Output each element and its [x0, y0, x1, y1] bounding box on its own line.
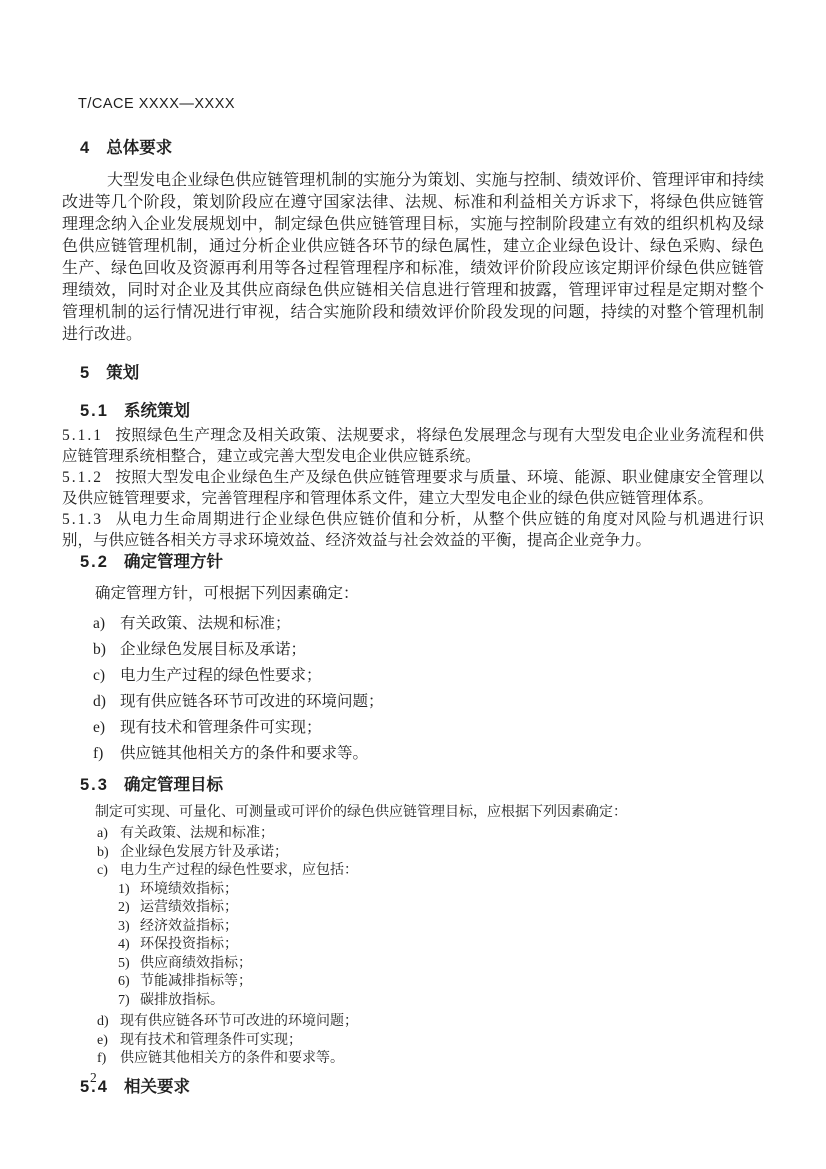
section-title: 相关要求	[124, 1077, 190, 1098]
clause-number: 5.1.3	[62, 511, 103, 528]
list-item-label: e)	[93, 719, 120, 736]
sublist-item-text: 运营绩效指标；	[140, 899, 238, 918]
sublist-item-text: 碳排放指标。	[140, 992, 224, 1011]
list-item: e) 现有技术和管理条件可实现；	[62, 719, 764, 736]
list-item: d) 现有供应链各环节可改进的环境问题；	[62, 1013, 764, 1032]
list-item-text: 企业绿色发展方针及承诺；	[120, 844, 288, 863]
clause-5-1-2: 5.1.2按照大型发电企业绿色生产及绿色供应链管理要求与质量、环境、能源、职业健…	[62, 467, 764, 509]
section-number: 5	[80, 363, 91, 384]
list-item: d) 现有供应链各环节可改进的环境问题；	[62, 693, 764, 710]
section-5-3-intro: 制定可实现、可量化、可测量或可评价的绿色供应链管理目标，应根据下列因素确定：	[62, 803, 764, 822]
section-4-paragraph: 大型发电企业绿色供应链管理机制的实施分为策划、实施与控制、绩效评价、管理评审和持…	[62, 170, 764, 346]
list-item: a) 有关政策、法规和标准；	[62, 825, 764, 844]
sublist-item: 7) 碳排放指标。	[62, 992, 764, 1011]
clause-number: 5.1.2	[62, 469, 103, 486]
list-item: f) 供应链其他相关方的条件和要求等。	[62, 1050, 764, 1069]
sublist-item-text: 节能减排指标等；	[140, 973, 252, 992]
list-item: f) 供应链其他相关方的条件和要求等。	[62, 745, 764, 762]
list-item-label: b)	[93, 641, 120, 658]
sublist-item-text: 经济效益指标；	[140, 918, 238, 937]
list-item-text: 现有技术和管理条件可实现；	[120, 719, 322, 736]
sublist-item: 6) 节能减排指标等；	[62, 973, 764, 992]
list-item-text: 有关政策、法规和标准；	[120, 615, 291, 632]
list-item-text: 现有供应链各环节可改进的环境问题；	[120, 693, 384, 710]
list-item: b) 企业绿色发展目标及承诺；	[62, 641, 764, 658]
section-heading-5-4: 5.4 相关要求	[80, 1077, 764, 1098]
list-item-label: a)	[97, 825, 120, 844]
list-item-label: a)	[93, 615, 120, 632]
page-content: T/CACE XXXX—XXXX 4 总体要求 大型发电企业绿色供应链管理机制的…	[62, 0, 764, 1098]
section-title: 系统策划	[124, 401, 190, 422]
list-item: c) 电力生产过程的绿色性要求，应包括：	[62, 862, 764, 881]
section-number: 5.1	[80, 401, 109, 422]
list-item-label: d)	[97, 1013, 120, 1032]
clause-5-1-3: 5.1.3从电力生命周期进行企业绿色供应链价值和分析，从整个供应链的角度对风险与…	[62, 509, 764, 551]
list-item-label: c)	[93, 667, 120, 684]
list-item-text: 供应链其他相关方的条件和要求等。	[120, 1050, 344, 1069]
list-item-text: 电力生产过程的绿色性要求；	[120, 667, 322, 684]
sublist-item-text: 环保投资指标；	[140, 936, 238, 955]
list-item-text: 企业绿色发展目标及承诺；	[120, 641, 306, 658]
sublist-item-label: 1)	[118, 881, 140, 900]
doc-code-header: T/CACE XXXX—XXXX	[78, 95, 764, 113]
sublist-item: 5) 供应商绩效指标；	[62, 955, 764, 974]
list-item: e) 现有技术和管理条件可实现；	[62, 1032, 764, 1051]
list-item-label: f)	[93, 745, 120, 762]
section-title: 确定管理目标	[124, 775, 223, 796]
sublist-item-label: 3)	[118, 918, 140, 937]
sublist-item-label: 7)	[118, 992, 140, 1011]
list-item-text: 现有供应链各环节可改进的环境问题；	[120, 1013, 358, 1032]
list-item-text: 有关政策、法规和标准；	[120, 825, 274, 844]
clause-text: 从电力生命周期进行企业绿色供应链价值和分析，从整个供应链的角度对风险与机遇进行识…	[62, 511, 764, 549]
sublist-item-text: 供应商绩效指标；	[140, 955, 252, 974]
clause-number: 5.1.1	[62, 427, 103, 444]
list-item-label: c)	[97, 862, 120, 881]
section-number: 4	[80, 138, 91, 159]
page-number: 2	[90, 1070, 97, 1086]
section-title: 策划	[106, 363, 139, 384]
document-page: T/CACE XXXX—XXXX 4 总体要求 大型发电企业绿色供应链管理机制的…	[0, 0, 826, 1169]
section-heading-4: 4 总体要求	[80, 138, 764, 159]
section-title: 总体要求	[106, 138, 172, 159]
clauses-5-1: 5.1.1按照绿色生产理念及相关政策、法规要求，将绿色发展理念与现有大型发电企业…	[62, 425, 764, 551]
list-item: b) 企业绿色发展方针及承诺；	[62, 844, 764, 863]
list-5-2: a) 有关政策、法规和标准； b) 企业绿色发展目标及承诺； c) 电力生产过程…	[62, 615, 764, 762]
sublist-item-label: 4)	[118, 936, 140, 955]
section-number: 5.2	[80, 552, 109, 573]
sublist-item-label: 2)	[118, 899, 140, 918]
section-heading-5: 5 策划	[80, 363, 764, 384]
clause-text: 按照绿色生产理念及相关政策、法规要求，将绿色发展理念与现有大型发电企业业务流程和…	[62, 427, 764, 465]
sublist-item: 1) 环境绩效指标；	[62, 881, 764, 900]
list-item-text: 电力生产过程的绿色性要求，应包括：	[120, 862, 358, 881]
sublist-item: 4) 环保投资指标；	[62, 936, 764, 955]
section-number: 5.3	[80, 775, 109, 796]
sublist-item: 3) 经济效益指标；	[62, 918, 764, 937]
section-heading-5-1: 5.1 系统策划	[80, 401, 764, 422]
section-title: 确定管理方针	[124, 552, 223, 573]
clause-5-1-1: 5.1.1按照绿色生产理念及相关政策、法规要求，将绿色发展理念与现有大型发电企业…	[62, 425, 764, 467]
list-item-text: 供应链其他相关方的条件和要求等。	[120, 745, 368, 762]
list-item-label: b)	[97, 844, 120, 863]
clause-text: 按照大型发电企业绿色生产及绿色供应链管理要求与质量、环境、能源、职业健康安全管理…	[62, 469, 764, 507]
section-5-2-intro: 确定管理方针，可根据下列因素确定：	[62, 583, 764, 604]
list-item-label: f)	[97, 1050, 120, 1069]
section-heading-5-2: 5.2 确定管理方针	[80, 552, 764, 573]
list-item: c) 电力生产过程的绿色性要求；	[62, 667, 764, 684]
sublist-item: 2) 运营绩效指标；	[62, 899, 764, 918]
sublist-item-label: 6)	[118, 973, 140, 992]
list-item-label: e)	[97, 1032, 120, 1051]
list-item-label: d)	[93, 693, 120, 710]
list-item: a) 有关政策、法规和标准；	[62, 615, 764, 632]
sublist-item-text: 环境绩效指标；	[140, 881, 238, 900]
list-5-3-abc: a) 有关政策、法规和标准； b) 企业绿色发展方针及承诺； c) 电力生产过程…	[62, 825, 764, 881]
sublist-item-label: 5)	[118, 955, 140, 974]
list-item-text: 现有技术和管理条件可实现；	[120, 1032, 302, 1051]
section-heading-5-3: 5.3 确定管理目标	[80, 775, 764, 796]
sublist-5-3-c: 1) 环境绩效指标； 2) 运营绩效指标； 3) 经济效益指标； 4) 环保投资…	[62, 881, 764, 1011]
list-5-3-def: d) 现有供应链各环节可改进的环境问题； e) 现有技术和管理条件可实现； f)…	[62, 1013, 764, 1069]
